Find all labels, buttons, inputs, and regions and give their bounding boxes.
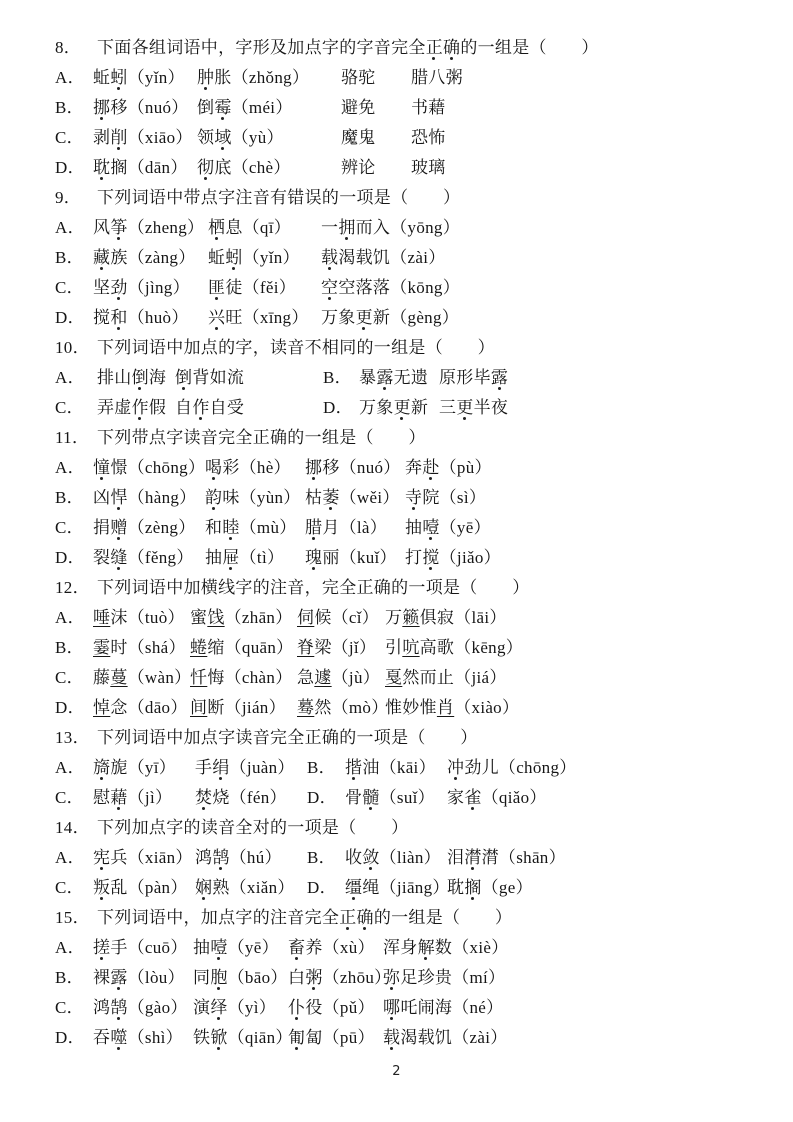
question-title-text: 下列词语中加点的字，读音不相同的一组是（ ） [97, 333, 757, 363]
word-item: 蜜饯（zhān） [190, 603, 297, 633]
word-item: 抽噎（yē） [405, 513, 757, 543]
option-row-d: D． 裂缝（fěng） 抽屉（tì） 瑰丽（kuǐ） 打搅（jiǎo） [55, 543, 757, 573]
option-label: C． [55, 123, 93, 153]
option-row-d: D． 悼念（dāo） 间断（jián） 蓦然（mò） 惟妙惟肖（xiào） [55, 693, 757, 723]
word-item: 鸿鹄（hú） [195, 843, 307, 873]
word-item: 宪兵（xiān） [93, 843, 195, 873]
word-item: 蜷缩（quān） [190, 633, 297, 663]
word-item: 辨论 [341, 153, 411, 183]
word-item: 瑰丽（kuǐ） [305, 543, 405, 573]
option-row-d: D． 搅和（huò） 兴旺（xīng） 万象更新（gèng） [55, 303, 757, 333]
word-item: 收敛（liàn） [345, 843, 447, 873]
question-title-text: 下列词语中加横线字的注音，完全正确的一项是（ ） [97, 573, 757, 603]
option-label: C． [55, 663, 93, 693]
option-label: D． [55, 693, 93, 723]
word-item: 蚯蚓（yǐn） [208, 243, 321, 273]
word-item: 彻底（chè） [197, 153, 341, 183]
question-10: 10． 下列词语中加点的字，读音不相同的一组是（ ） A． 排山倒海 倒背如流 … [55, 333, 757, 423]
phrase-item: 自作自受 [175, 393, 323, 423]
question-number: 14． [55, 813, 97, 843]
phrase-item: 排山倒海 [97, 363, 175, 393]
word-item: 缰绳（jiāng） [345, 873, 447, 903]
word-item: 倒霉（méi） [197, 93, 341, 123]
word-item: 藤蔓（wàn） [93, 663, 190, 693]
option-label: C． [55, 273, 93, 303]
word-item: 腊月（là） [305, 513, 405, 543]
page-number: 2 [0, 1064, 793, 1079]
option-label: B． [55, 243, 93, 273]
option-label: D． [55, 543, 93, 573]
word-item: 搅和（huò） [93, 303, 208, 333]
word-item: 藏族（zàng） [93, 243, 208, 273]
word-item: 剥削（xiāo） [93, 123, 197, 153]
phrase-item: 三更半夜 [439, 393, 757, 423]
option-label: D． [307, 873, 345, 903]
option-label: B． [307, 843, 345, 873]
question-title-text: 下列词语中，加点字的注音完全正确的一组是（ ） [97, 903, 757, 933]
question-title-row: 12． 下列词语中加横线字的注音，完全正确的一项是（ ） [55, 573, 757, 603]
option-row-a-b: A． 排山倒海 倒背如流 B． 暴露无遗 原形毕露 [55, 363, 757, 393]
word-item: 慰藉（jì） [93, 783, 195, 813]
question-number: 11． [55, 423, 97, 453]
word-item: 恐怖 [411, 123, 757, 153]
word-item: 匪徒（fěi） [208, 273, 321, 303]
word-item: 玻璃 [411, 153, 757, 183]
word-item: 弥足珍贵（mí） [383, 963, 757, 993]
word-item: 万象更新（gèng） [321, 303, 757, 333]
word-item: 裂缝（fěng） [93, 543, 205, 573]
option-label: A． [55, 753, 93, 783]
question-11: 11． 下列带点字读音完全正确的一组是（ ） A． 憧憬（chōng） 喝彩（h… [55, 423, 757, 573]
word-item: 忏悔（chàn） [190, 663, 297, 693]
word-item: 和睦（mù） [205, 513, 305, 543]
question-title-row: 9． 下列词语中带点字注音有错误的一项是（ ） [55, 183, 757, 213]
word-item: 腊八粥 [411, 63, 757, 93]
word-item: 娴熟（xiǎn） [195, 873, 307, 903]
option-row-c: C． 剥削（xiāo） 领域（yù） 魔鬼 恐怖 [55, 123, 757, 153]
question-9: 9． 下列词语中带点字注音有错误的一项是（ ） A． 风筝（zheng） 栖息（… [55, 183, 757, 333]
option-row-b: B． 挪移（nuó） 倒霉（méi） 避免 书藉 [55, 93, 757, 123]
option-row-b: B． 凶悍（hàng） 韵味（yùn） 枯萎（wěi） 寺院（sì） [55, 483, 757, 513]
option-row-c-d: C． 慰藉（jì） 焚烧（fén） D． 骨髓（suǐ） 家雀（qiǎo） [55, 783, 757, 813]
word-item: 载渴载饥（zài） [321, 243, 757, 273]
option-row-a: A． 风筝（zheng） 栖息（qī） 一拥而入（yōng） [55, 213, 757, 243]
word-item: 寺院（sì） [405, 483, 757, 513]
word-item: 空空落落（kōng） [321, 273, 757, 303]
option-label: D． [55, 303, 93, 333]
word-item: 栖息（qī） [208, 213, 321, 243]
phrase-item: 倒背如流 [175, 363, 323, 393]
option-label: A． [55, 213, 93, 243]
word-item: 浑身解数（xiè） [383, 933, 757, 963]
question-number: 12． [55, 573, 97, 603]
word-item: 哪吒闹海（né） [383, 993, 757, 1023]
option-label: B． [55, 93, 93, 123]
option-row-c: C． 鸿鹄（gào） 演绎（yì） 仆役（pǔ） 哪吒闹海（né） [55, 993, 757, 1023]
word-item: 领域（yù） [197, 123, 341, 153]
word-item: 耽搁（dān） [93, 153, 197, 183]
option-row-d: D． 吞噬（shì） 铁锨（qiān） 匍匐（pū） 载渴载饥（zài） [55, 1023, 757, 1053]
option-label: D． [323, 393, 359, 423]
word-item: 家雀（qiǎo） [447, 783, 757, 813]
word-item: 骨髓（suǐ） [345, 783, 447, 813]
option-row-c: C． 坚劲（jìng） 匪徒（fěi） 空空落落（kōng） [55, 273, 757, 303]
option-label: C． [55, 993, 93, 1023]
option-label: C． [55, 393, 97, 423]
question-14: 14． 下列加点字的读音全对的一项是（ ） A． 宪兵（xiān） 鸿鹄（hú）… [55, 813, 757, 903]
word-item: 脊梁（jǐ） [297, 633, 385, 663]
word-item: 骆驼 [341, 63, 411, 93]
option-row-b: B． 裸露（lòu） 同胞（bāo） 白粥（zhōu） 弥足珍贵（mí） [55, 963, 757, 993]
word-item: 捐赠（zèng） [93, 513, 205, 543]
question-15: 15． 下列词语中，加点字的注音完全正确的一组是（ ） A． 搓手（cuō） 抽… [55, 903, 757, 1053]
word-item: 魔鬼 [341, 123, 411, 153]
option-row-a-b: A． 宪兵（xiān） 鸿鹄（hú） B． 收敛（liàn） 泪潸潸（shān） [55, 843, 757, 873]
question-12: 12． 下列词语中加横线字的注音，完全正确的一项是（ ） A． 唾沫（tuò） … [55, 573, 757, 723]
option-row-a: A． 搓手（cuō） 抽噎（yē） 畜养（xù） 浑身解数（xiè） [55, 933, 757, 963]
word-item: 焚烧（fén） [195, 783, 307, 813]
word-item: 唾沫（tuò） [93, 603, 190, 633]
word-item: 奔赴（pù） [405, 453, 757, 483]
question-title-text: 下列词语中带点字注音有错误的一项是（ ） [97, 183, 757, 213]
word-item: 抽屉（tì） [205, 543, 305, 573]
option-label: B． [323, 363, 359, 393]
word-item: 间断（jián） [190, 693, 297, 723]
word-item: 旖旎（yī） [93, 753, 195, 783]
word-item: 戛然而止（jiá） [385, 663, 757, 693]
word-item: 挪移（nuó） [93, 93, 197, 123]
option-label: B． [55, 483, 93, 513]
word-item: 蚯蚓（yǐn） [93, 63, 197, 93]
word-item: 惟妙惟肖（xiào） [385, 693, 757, 723]
option-label: B． [55, 963, 93, 993]
word-item: 枯萎（wěi） [305, 483, 405, 513]
option-row-c-d: C． 弄虚作假 自作自受 D． 万象更新 三更半夜 [55, 393, 757, 423]
word-item: 兴旺（xīng） [208, 303, 321, 333]
word-item: 万籁俱寂（lāi） [385, 603, 757, 633]
word-item: 肿胀（zhǒng） [197, 63, 341, 93]
word-item: 载渴载饥（zài） [383, 1023, 757, 1053]
option-row-a: A． 憧憬（chōng） 喝彩（hè） 挪移（nuó） 奔赴（pù） [55, 453, 757, 483]
word-item: 仆役（pǔ） [288, 993, 383, 1023]
word-item: 手绢（juàn） [195, 753, 307, 783]
option-row-c-d: C． 叛乱（pàn） 娴熟（xiǎn） D． 缰绳（jiāng） 耽搁（ge） [55, 873, 757, 903]
document-page: 8． 下面各组词语中，字形及加点字的字音完全正确的一组是（ ） A． 蚯蚓（yǐ… [0, 0, 793, 1122]
word-item: 喝彩（hè） [205, 453, 305, 483]
word-item: 叛乱（pàn） [93, 873, 195, 903]
option-label: D． [55, 1023, 93, 1053]
question-number: 8． [55, 33, 97, 63]
word-item: 蓦然（mò） [297, 693, 385, 723]
question-title-text: 下列词语中加点字读音完全正确的一项是（ ） [97, 723, 757, 753]
word-item: 白粥（zhōu） [288, 963, 383, 993]
option-label: A． [55, 453, 93, 483]
word-item: 避免 [341, 93, 411, 123]
option-row-b: B． 霎时（shá） 蜷缩（quān） 脊梁（jǐ） 引吭高歌（kēng） [55, 633, 757, 663]
word-item: 一拥而入（yōng） [321, 213, 757, 243]
word-item: 憧憬（chōng） [93, 453, 205, 483]
word-item: 吞噬（shì） [93, 1023, 193, 1053]
option-row-a: A． 唾沫（tuò） 蜜饯（zhān） 伺候（cǐ） 万籁俱寂（lāi） [55, 603, 757, 633]
word-item: 冲劲儿（chōng） [447, 753, 757, 783]
word-item: 搓手（cuō） [93, 933, 193, 963]
question-title-row: 13． 下列词语中加点字读音完全正确的一项是（ ） [55, 723, 757, 753]
question-title-text: 下面各组词语中，字形及加点字的字音完全正确的一组是（ ） [97, 33, 757, 63]
phrase-item: 暴露无遗 [359, 363, 439, 393]
option-label: B． [55, 633, 93, 663]
question-number: 10． [55, 333, 97, 363]
phrase-item: 原形毕露 [439, 363, 757, 393]
word-item: 铁锨（qiān） [193, 1023, 288, 1053]
question-title-text: 下列加点字的读音全对的一项是（ ） [97, 813, 757, 843]
word-item: 裸露（lòu） [93, 963, 193, 993]
question-title-text: 下列带点字读音完全正确的一组是（ ） [97, 423, 757, 453]
question-title-row: 10． 下列词语中加点的字，读音不相同的一组是（ ） [55, 333, 757, 363]
option-label: D． [307, 783, 345, 813]
word-item: 打搅（jiǎo） [405, 543, 757, 573]
word-item: 伺候（cǐ） [297, 603, 385, 633]
option-label: C． [55, 873, 93, 903]
option-label: A． [55, 63, 93, 93]
word-item: 急遽（jù） [297, 663, 385, 693]
phrase-item: 弄虚作假 [97, 393, 175, 423]
option-row-c: C． 藤蔓（wàn） 忏悔（chàn） 急遽（jù） 戛然而止（jiá） [55, 663, 757, 693]
word-item: 书藉 [411, 93, 757, 123]
word-item: 同胞（bāo） [193, 963, 288, 993]
word-item: 匍匐（pū） [288, 1023, 383, 1053]
word-item: 泪潸潸（shān） [447, 843, 757, 873]
word-item: 坚劲（jìng） [93, 273, 208, 303]
option-label: A． [55, 603, 93, 633]
word-item: 畜养（xù） [288, 933, 383, 963]
question-number: 9． [55, 183, 97, 213]
word-item: 引吭高歌（kēng） [385, 633, 757, 663]
question-title-row: 11． 下列带点字读音完全正确的一组是（ ） [55, 423, 757, 453]
question-8: 8． 下面各组词语中，字形及加点字的字音完全正确的一组是（ ） A． 蚯蚓（yǐ… [55, 33, 757, 183]
word-item: 抽噎（yē） [193, 933, 288, 963]
option-label: C． [55, 783, 93, 813]
question-number: 13． [55, 723, 97, 753]
word-item: 韵味（yùn） [205, 483, 305, 513]
page-content: 8． 下面各组词语中，字形及加点字的字音完全正确的一组是（ ） A． 蚯蚓（yǐ… [55, 33, 757, 1053]
option-row-d: D． 耽搁（dān） 彻底（chè） 辨论 玻璃 [55, 153, 757, 183]
option-row-c: C． 捐赠（zèng） 和睦（mù） 腊月（là） 抽噎（yē） [55, 513, 757, 543]
option-label: A． [55, 933, 93, 963]
option-label: C． [55, 513, 93, 543]
question-title-row: 8． 下面各组词语中，字形及加点字的字音完全正确的一组是（ ） [55, 33, 757, 63]
word-item: 悼念（dāo） [93, 693, 190, 723]
option-label: A． [55, 363, 97, 393]
option-row-a: A． 蚯蚓（yǐn） 肿胀（zhǒng） 骆驼 腊八粥 [55, 63, 757, 93]
word-item: 演绎（yì） [193, 993, 288, 1023]
word-item: 鸿鹄（gào） [93, 993, 193, 1023]
word-item: 风筝（zheng） [93, 213, 208, 243]
question-number: 15． [55, 903, 97, 933]
question-13: 13． 下列词语中加点字读音完全正确的一项是（ ） A． 旖旎（yī） 手绢（j… [55, 723, 757, 813]
option-label: D． [55, 153, 93, 183]
option-label: B． [307, 753, 345, 783]
phrase-item: 万象更新 [359, 393, 439, 423]
option-row-a-b: A． 旖旎（yī） 手绢（juàn） B． 揩油（kāi） 冲劲儿（chōng） [55, 753, 757, 783]
word-item: 挪移（nuó） [305, 453, 405, 483]
question-title-row: 14． 下列加点字的读音全对的一项是（ ） [55, 813, 757, 843]
word-item: 耽搁（ge） [447, 873, 757, 903]
option-row-b: B． 藏族（zàng） 蚯蚓（yǐn） 载渴载饥（zài） [55, 243, 757, 273]
word-item: 揩油（kāi） [345, 753, 447, 783]
question-title-row: 15． 下列词语中，加点字的注音完全正确的一组是（ ） [55, 903, 757, 933]
word-item: 凶悍（hàng） [93, 483, 205, 513]
option-label: A． [55, 843, 93, 873]
word-item: 霎时（shá） [93, 633, 190, 663]
